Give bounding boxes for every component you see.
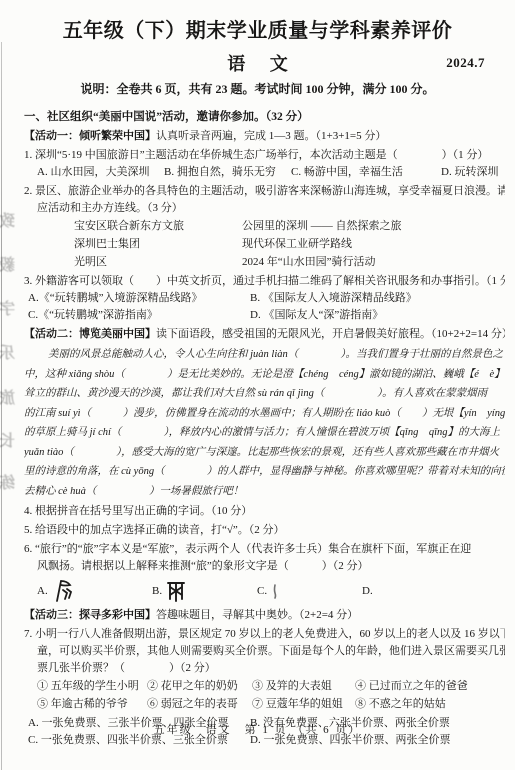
q3-option-c: C.《“玩转鹏城”深游指南》 — [28, 307, 250, 324]
q2-right-2: 现代环保工业研学路线 — [242, 235, 505, 253]
question-4-text: 4. 根据拼音在括号里写出正确的字词。（10 分） — [24, 503, 505, 520]
scan-edge-line — [1, 42, 2, 770]
activity-3-desc: 答趣味题目，寻解其中奥妙。（2+2=4 分） — [156, 609, 358, 621]
page-footer: 五年级 语文 第 1 页 （共 6 页） — [0, 721, 515, 737]
activity-3-heading: 【活动三：探寻多彩中国】答趣味题目，寻解其中奥妙。（2+2=4 分） — [24, 607, 505, 624]
paper-title: 五年级（下）期末学业质量与学科素养评价 — [18, 14, 497, 43]
person-item-2: ② 花甲之年的奶奶 — [147, 677, 252, 695]
passage-line: yuǎn tiào（ ），感受大海的宽广与深邃。比起那些恢宏的景观，还有些人喜欢… — [24, 443, 505, 463]
exam-paper-page: 致 毅 字 乐 旅 长 练 五年级（下）期末学业质量与学科素养评价 语 文 20… — [0, 0, 515, 770]
person-item-8: ⑧ 不惑之年的姑姑 — [355, 695, 505, 713]
activity-2-heading: 【活动二：博览美丽中国】读下面语段，感受祖国的无限风光，开启暑假美好旅程。（10… — [24, 326, 505, 343]
q6-option-b: B. — [152, 579, 257, 603]
paper-body: 一、社区组织“美丽中国说”活动，邀请你参加。（32 分） 【活动一：倾听繁荣中国… — [0, 97, 515, 749]
q2-left-3: 光明区 — [74, 253, 242, 271]
q6-option-c: C. — [257, 581, 362, 601]
q6-label-a: A. — [37, 583, 48, 600]
q2-left-2: 深圳巴士集团 — [74, 235, 242, 253]
question-2-matching: 宝安区联合新东方文旅 公园里的深圳 —— 自然探索之旅 深圳巴士集团 现代环保工… — [74, 217, 505, 271]
q2-left-1: 宝安区联合新东方文旅 — [74, 217, 242, 235]
person-item-1: ① 五年级的学生小明 — [37, 677, 147, 695]
question-5-text: 5. 给语段中的加点字选择正确的读音，打“√”。（2 分） — [24, 522, 505, 539]
q3-option-d: D. 《国际友人“深”游指南》 — [250, 307, 505, 324]
pictograph-flag-people-icon — [52, 579, 74, 603]
q6-label-c: C. — [257, 583, 267, 600]
q3-option-a: A.《“玩转鹏城”入境游深精品线路》 — [28, 290, 250, 307]
passage-line: 的江南 suí yì（ ）漫步，仿佛置身在流动的水墨画中；有人期盼在 liáo … — [24, 404, 505, 424]
passage-line: 耸立的群山、黄沙漫天的沙漠，都让我们对大自然 sù rán qǐ jìng（ ）… — [24, 384, 505, 404]
question-7-line3: 票几张半价票？（ ）（2 分） — [24, 660, 505, 677]
subject-row: 语 文 2024.7 — [0, 50, 515, 74]
question-6-line2: 风飘扬。请根据以上解释来推测“旅”的象形文字是（ ）（2 分） — [24, 558, 505, 575]
question-2-line1: 2. 景区、旅游企业举办的各具特色的主题活动，吸引游客来深畅游山海连城，享受幸福… — [24, 183, 505, 200]
q2-right-1: 公园里的深圳 —— 自然探索之旅 — [242, 217, 505, 235]
person-item-6: ⑥ 弱冠之年的表哥 — [147, 695, 252, 713]
q3-option-b: B. 《国际友人入境游深精品线路》 — [250, 290, 505, 307]
q6-label-d: D. — [362, 583, 373, 600]
q1-option-c: C. 畅游中国，幸福生活 — [291, 164, 441, 181]
subject-name: 语 文 — [0, 50, 515, 76]
pictograph-faint-mark-icon — [271, 581, 279, 601]
question-7-line1: 7. 小明一行八人准备假期出游，景区规定 70 岁以上的老人免费进入，60 岁以… — [24, 626, 505, 643]
pictograph-canopy-icon — [166, 579, 186, 603]
question-1-text: 1. 深圳“5·19 中国旅游日”主题活动在华侨城生态广场举行，本次活动主题是（… — [24, 147, 505, 164]
passage-line: 中，这种 xiǎng shòu（ ）是无比美妙的。无论是澄【chéng céng… — [24, 365, 505, 385]
exam-note: 说明：全卷共 6 页，共有 23 题。考试时间 100 分钟，满分 100 分。 — [0, 80, 515, 97]
q6-option-a: A. — [37, 579, 152, 603]
question-6-line1: 6. “旅行”的“旅”字本义是“军旅”，表示两个人（代表许多士兵）集合在旗杆下面… — [24, 541, 505, 558]
person-item-5: ⑤ 年逾古稀的爷爷 — [37, 695, 147, 713]
activity-2-desc: 读下面语段，感受祖国的无限风光，开启暑假美好旅程。（10+2+2=14 分） — [156, 328, 505, 340]
question-2-line2: 应活动和主办方连线。（3 分） — [24, 200, 505, 217]
passage-line: 里的诗意的角落，在 cù yōng（ ）的人群中，显得幽静与神秘。你喜欢哪里呢？… — [24, 462, 505, 482]
activity-3-tag: 【活动三：探寻多彩中国】 — [24, 609, 156, 621]
passage-line: 的草原上骑马 jí chí（ ），释放内心的激情与活力；有人憧憬在碧波万顷【qǐ… — [24, 423, 505, 443]
q1-option-a: A. 山水田园，大美深圳 — [37, 164, 164, 181]
person-item-7: ⑦ 豆蔻年华的姐姐 — [252, 695, 355, 713]
person-item-3: ③ 及笄的大表姐 — [252, 677, 355, 695]
q6-option-d: D. — [362, 583, 505, 600]
question-7-people-list: ① 五年级的学生小明 ② 花甲之年的奶奶 ③ 及笄的大表姐 ④ 已过而立之年的爸… — [24, 677, 505, 713]
exam-date: 2024.7 — [446, 55, 485, 71]
question-3-options: A.《“玩转鹏城”入境游深精品线路》 B. 《国际友人入境游深精品线路》 C.《… — [24, 290, 505, 324]
question-1-options: A. 山水田园，大美深圳 B. 拥抱自然，骑乐无穷 C. 畅游中国，幸福生活 D… — [24, 164, 505, 181]
activity-1-tag: 【活动一：倾听繁荣中国】 — [24, 130, 156, 142]
person-item-4: ④ 已过而立之年的爸爸 — [355, 677, 505, 695]
question-7-line2: 童，可以购买半价票，其他人则需要购买全价票。下面是每个人的年龄，他们进入景区需要… — [24, 643, 505, 660]
question-6-options: A. B. — [24, 577, 505, 605]
reading-passage: 美丽的风景总能触动人心，令人心生向往和 juàn liàn（ ）。当我们置身于壮… — [24, 345, 505, 501]
q1-option-d: D. 玩转深圳 — [441, 164, 505, 181]
q6-label-b: B. — [152, 583, 162, 600]
activity-1-desc: 认真听录音两遍，完成 1—3 题。（1+3+1=5 分） — [156, 130, 386, 142]
question-3-text: 3. 外籍游客可以领取（ ）中英文折页，通过手机扫描二维码了解相关咨讯服务和办事… — [24, 273, 505, 290]
section-1-heading: 一、社区组织“美丽中国说”活动，邀请你参加。（32 分） — [24, 109, 505, 126]
passage-line: 美丽的风景总能触动人心，令人心生向往和 juàn liàn（ ）。当我们置身于壮… — [24, 345, 505, 365]
passage-line: 去精心 cè huà（ ）一场暑假旅行吧！ — [24, 482, 505, 502]
activity-2-tag: 【活动二：博览美丽中国】 — [24, 328, 156, 340]
q2-right-3: 2024 年“山水田园”骑行活动 — [242, 253, 505, 271]
q1-option-b: B. 拥抱自然，骑乐无穷 — [164, 164, 291, 181]
activity-1-heading: 【活动一：倾听繁荣中国】认真听录音两遍，完成 1—3 题。（1+3+1=5 分） — [24, 128, 505, 145]
